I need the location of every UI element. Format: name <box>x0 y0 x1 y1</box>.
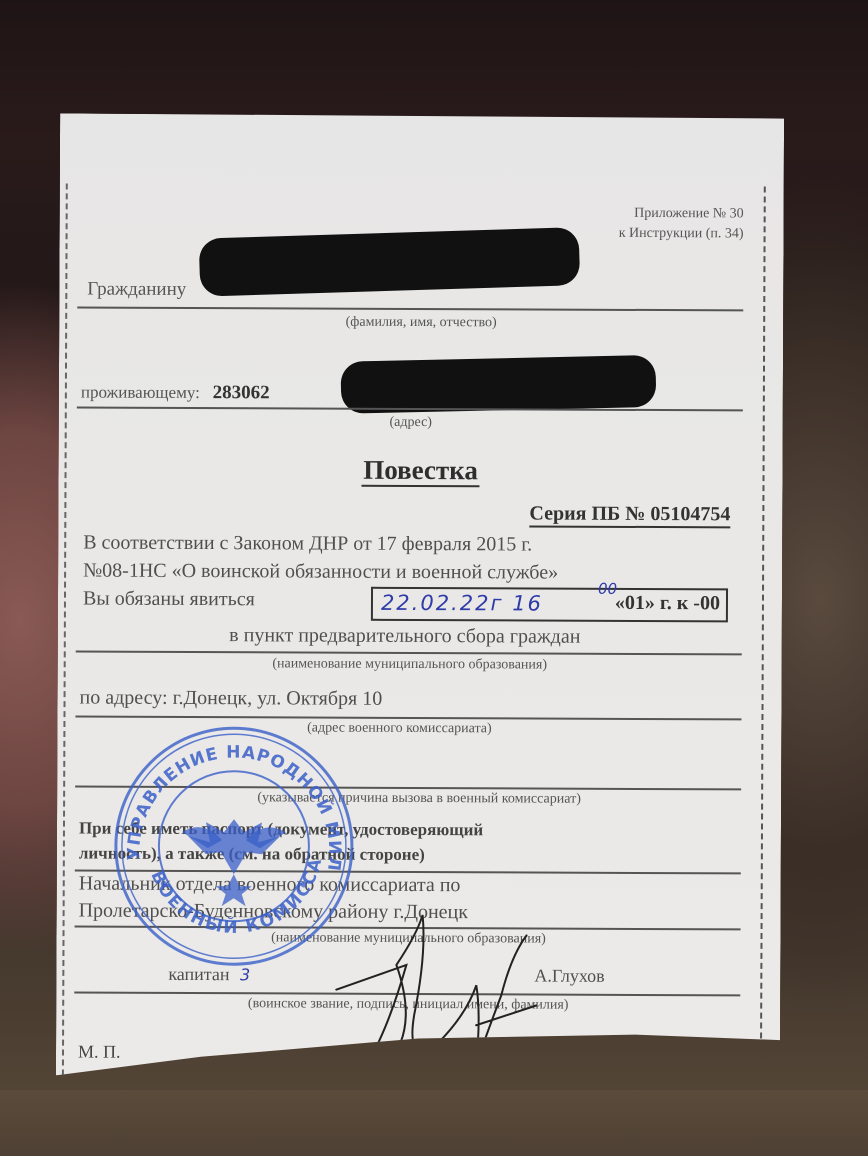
destination-caption: (наименование муниципального образования… <box>38 655 782 674</box>
law-line-2: №08-1НС «О воинской обязанности и военно… <box>83 560 558 585</box>
name-caption: (фамилия, имя, отчество) <box>59 313 783 332</box>
redacted-address <box>340 355 656 414</box>
appearance-datetime-box: 22.02.22г 16 00 «01» г. к -00 <box>371 587 728 623</box>
official-stamp: УПРАВЛЕНИЕ НАРОДНОЙ МИЛИЦИИ ВОЕННЫЙ КОМИ… <box>111 724 357 970</box>
citizen-label: Гражданину <box>87 279 186 301</box>
document-title: Повестка <box>58 453 782 487</box>
law-line-1: В соответствии с Законом ДНР от 17 февра… <box>83 532 532 557</box>
resident-postcode: 283062 <box>213 382 270 403</box>
destination: в пункт предварительного сбора граждан <box>28 623 782 649</box>
address-caption: (адрес) <box>39 413 783 432</box>
background-fabric <box>0 1090 868 1156</box>
signature <box>326 895 547 1096</box>
destination-underline <box>76 650 742 655</box>
obliged-label: Вы обязаны явиться <box>83 588 255 612</box>
summons-document: Приложение № 30 к Инструкции (п. 34) Гра… <box>56 113 784 1078</box>
appendix-reference: Приложение № 30 к Инструкции (п. 34) <box>619 204 744 245</box>
appendix-line-1: Приложение № 30 <box>619 204 744 225</box>
printed-time: «01» г. к -00 <box>615 592 720 615</box>
time-value: 16 <box>512 591 543 615</box>
series-number: Серия ПБ № 05104754 <box>529 502 730 528</box>
date-value: 22.02.22г <box>381 591 504 616</box>
appendix-line-2: к Инструкции (п. 34) <box>619 224 744 245</box>
resident-label-text: проживающему: <box>81 383 200 403</box>
eagle-emblem-icon <box>161 819 307 907</box>
cut-line-right <box>760 186 766 1038</box>
seal-place-mark: М. П. <box>78 1042 121 1063</box>
name-underline <box>77 307 743 312</box>
handwritten-date: 22.02.22г 16 <box>381 591 543 616</box>
redacted-name <box>199 227 581 297</box>
commissariat-address: по адресу: г.Донецк, ул. Октября 10 <box>80 687 383 711</box>
resident-label: проживающему: 283062 <box>81 382 270 405</box>
title-text: Повестка <box>361 455 480 488</box>
